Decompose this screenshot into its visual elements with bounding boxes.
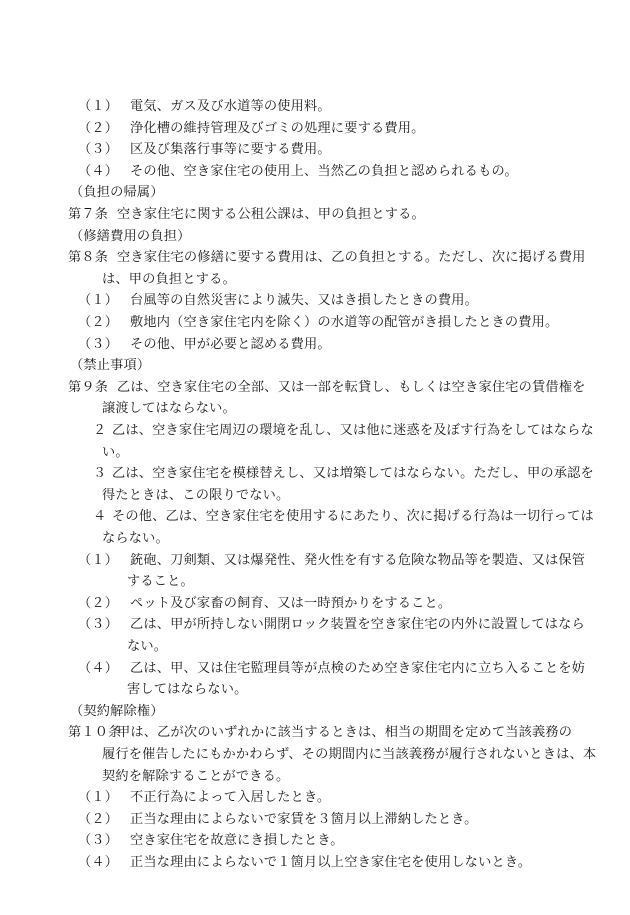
item-number: （２） [78, 118, 118, 140]
article-number: 第７条 [68, 204, 108, 226]
line-text: 乙は、空き家住宅を模様替えし、又は増築してはならない。ただし、甲の承認を [112, 463, 594, 485]
line-text: 敷地内（空き家住宅内を除く）の水道等の配管がき損したときの費用。 [130, 312, 558, 334]
article-number: 第８条 [68, 247, 108, 269]
item-number: （１） [78, 787, 118, 809]
article-number: 第９条 [68, 377, 108, 399]
item-number: （３） [78, 139, 118, 161]
item-number: （２） [78, 312, 118, 334]
item-number: （４） [78, 852, 118, 874]
item-number: （４） [78, 658, 118, 680]
line-text: 銃砲、刀剣類、又は爆発性、発火性を有する危険な物品等を製造、又は保管 [130, 550, 585, 572]
section-heading: （禁止事項） [70, 355, 150, 377]
item-number: （１） [78, 96, 118, 118]
line-text: ならない。 [102, 528, 169, 550]
line-text: 得たときは、この限りでない。 [102, 485, 289, 507]
line-text: 甲は、乙が次のいずれかに該当するときは、相当の期間を定めて当該義務の [117, 722, 572, 744]
line-text: 正当な理由によらないで家賃を３箇月以上滞納したとき。 [130, 809, 478, 831]
article-number: 第１０条 [68, 722, 122, 744]
line-text: 台風等の自然災害により滅失、又はき損したときの費用。 [130, 290, 478, 312]
line-text: 空き家住宅の修繕に要する費用は、乙の負担とする。ただし、次に掲げる費用 [117, 247, 586, 269]
line-text: その他、空き家住宅の使用上、当然乙の負担と認められるもの。 [130, 161, 518, 183]
line-text: は、甲の負担とする。 [102, 269, 236, 291]
line-text: 害してはならない。 [127, 679, 248, 701]
item-number: （１） [78, 290, 118, 312]
item-number: （２） [78, 593, 118, 615]
line-text: ない。 [127, 636, 167, 658]
paragraph-number: ２ [93, 420, 106, 442]
item-number: （３） [78, 614, 118, 636]
section-heading: （負担の帰属） [70, 182, 164, 204]
line-text: い。 [102, 442, 129, 464]
line-text: 電気、ガス及び水道等の使用料。 [130, 96, 331, 118]
line-text: その他、乙は、空き家住宅を使用するにあたり、次に掲げる行為は一切行っては [112, 506, 594, 528]
line-text: 譲渡してはならない。 [102, 398, 236, 420]
line-text: すること。 [127, 571, 194, 593]
line-text: 空き家住宅を故意にき損したとき。 [130, 830, 344, 852]
line-text: 乙は、空き家住宅周辺の環境を乱し、又は他に迷惑を及ぼす行為をしてはならな [112, 420, 594, 442]
line-text: 契約を解除することができる。 [102, 766, 289, 788]
item-number: （４） [78, 161, 118, 183]
line-text: 正当な理由によらないで１箇月以上空き家住宅を使用しないとき。 [130, 852, 531, 874]
line-text: 履行を催告したにもかかわらず、その期間内に当該義務が履行されないときは、本 [102, 744, 596, 766]
line-text: その他、甲が必要と認める費用。 [130, 334, 331, 356]
line-text: 空き家住宅に関する公租公課は、甲の負担とする。 [117, 204, 425, 226]
item-number: （３） [78, 334, 118, 356]
item-number: （２） [78, 809, 118, 831]
section-heading: （契約解除権） [70, 701, 164, 723]
line-text: 区及び集落行事等に要する費用。 [130, 139, 331, 161]
section-heading: （修繕費用の負担） [70, 226, 191, 248]
item-number: （３） [78, 830, 118, 852]
line-text: 浄化槽の維持管理及びゴミの処理に要する費用。 [130, 118, 425, 140]
line-text: 不正行為によって入居したとき。 [130, 787, 330, 809]
line-text: 乙は、空き家住宅の全部、又は一部を転貸し、もしくは空き家住宅の賃借権を [117, 377, 586, 399]
line-text: 乙は、甲が所持しない開閉ロック装置を空き家住宅の内外に設置してはなら [130, 614, 585, 636]
line-text: ペット及び家畜の飼育、又は一時預かりをすること。 [130, 593, 451, 615]
paragraph-number: ３ [93, 463, 106, 485]
line-text: 乙は、甲、又は住宅監理員等が点検のため空き家住宅内に立ち入ることを妨 [130, 658, 585, 680]
paragraph-number: ４ [93, 506, 106, 528]
item-number: （１） [78, 550, 118, 572]
